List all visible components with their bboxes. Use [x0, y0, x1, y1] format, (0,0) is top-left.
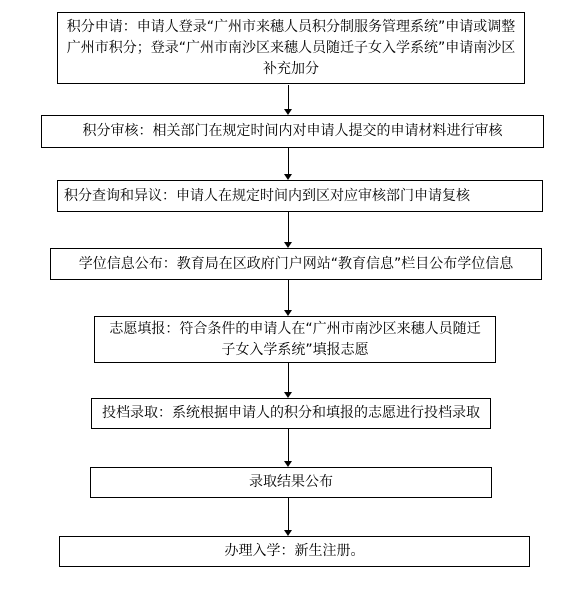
- step-result-announcement-label: 录取结果公布: [249, 472, 333, 493]
- step-enrollment: 办理入学：新生注册。: [59, 536, 530, 567]
- flow-arrow-6-icon: [284, 429, 293, 467]
- step-score-application-label: 积分申请：申请人登录“广州市来穗人员积分制服务管理系统”申请或调整广州市积分；登…: [66, 17, 516, 80]
- step-admission-allocation-label: 投档录取：系统根据申请人的积分和填报的志愿进行投档录取: [102, 403, 480, 424]
- step-enrollment-label: 办理入学：新生注册。: [225, 541, 365, 562]
- flow-arrow-5-icon: [284, 363, 293, 398]
- flow-arrow-2-icon: [284, 148, 293, 180]
- flow-arrow-4-icon: [284, 280, 293, 316]
- step-quota-announcement-label: 学位信息公布：教育局在区政府门户网站“教育信息”栏目公布学位信息: [79, 254, 514, 275]
- arrow-shaft: [288, 212, 289, 243]
- flow-arrow-3-icon: [284, 212, 293, 248]
- step-preference-filing-label: 志愿填报：符合条件的申请人在“广州市南沙区来穗人员随迁子女入学系统”填报志愿: [103, 319, 487, 361]
- step-score-review: 积分审核：相关部门在规定时间内对申请人提交的申请材料进行审核: [41, 115, 544, 148]
- arrow-shaft: [288, 85, 289, 110]
- step-quota-announcement: 学位信息公布：教育局在区政府门户网站“教育信息”栏目公布学位信息: [50, 248, 542, 280]
- arrow-shaft: [288, 148, 289, 175]
- step-score-query-objection-label: 积分查询和异议：申请人在规定时间内到区对应审核部门申请复核: [64, 186, 470, 207]
- step-score-review-label: 积分审核：相关部门在规定时间内对申请人提交的申请材料进行审核: [83, 121, 503, 142]
- step-result-announcement: 录取结果公布: [90, 467, 492, 498]
- arrow-shaft: [288, 280, 289, 311]
- arrow-shaft: [288, 363, 289, 393]
- arrow-shaft: [288, 429, 289, 462]
- arrow-shaft: [288, 498, 289, 531]
- step-score-application: 积分申请：申请人登录“广州市来穗人员积分制服务管理系统”申请或调整广州市积分；登…: [57, 12, 525, 84]
- admission-flowchart: 积分申请：申请人登录“广州市来穗人员积分制服务管理系统”申请或调整广州市积分；登…: [0, 0, 575, 593]
- step-preference-filing: 志愿填报：符合条件的申请人在“广州市南沙区来穗人员随迁子女入学系统”填报志愿: [94, 316, 496, 363]
- step-score-query-objection: 积分查询和异议：申请人在规定时间内到区对应审核部门申请复核: [57, 180, 543, 212]
- step-admission-allocation: 投档录取：系统根据申请人的积分和填报的志愿进行投档录取: [91, 398, 491, 429]
- flow-arrow-1-icon: [284, 85, 293, 115]
- flow-arrow-7-icon: [284, 498, 293, 536]
